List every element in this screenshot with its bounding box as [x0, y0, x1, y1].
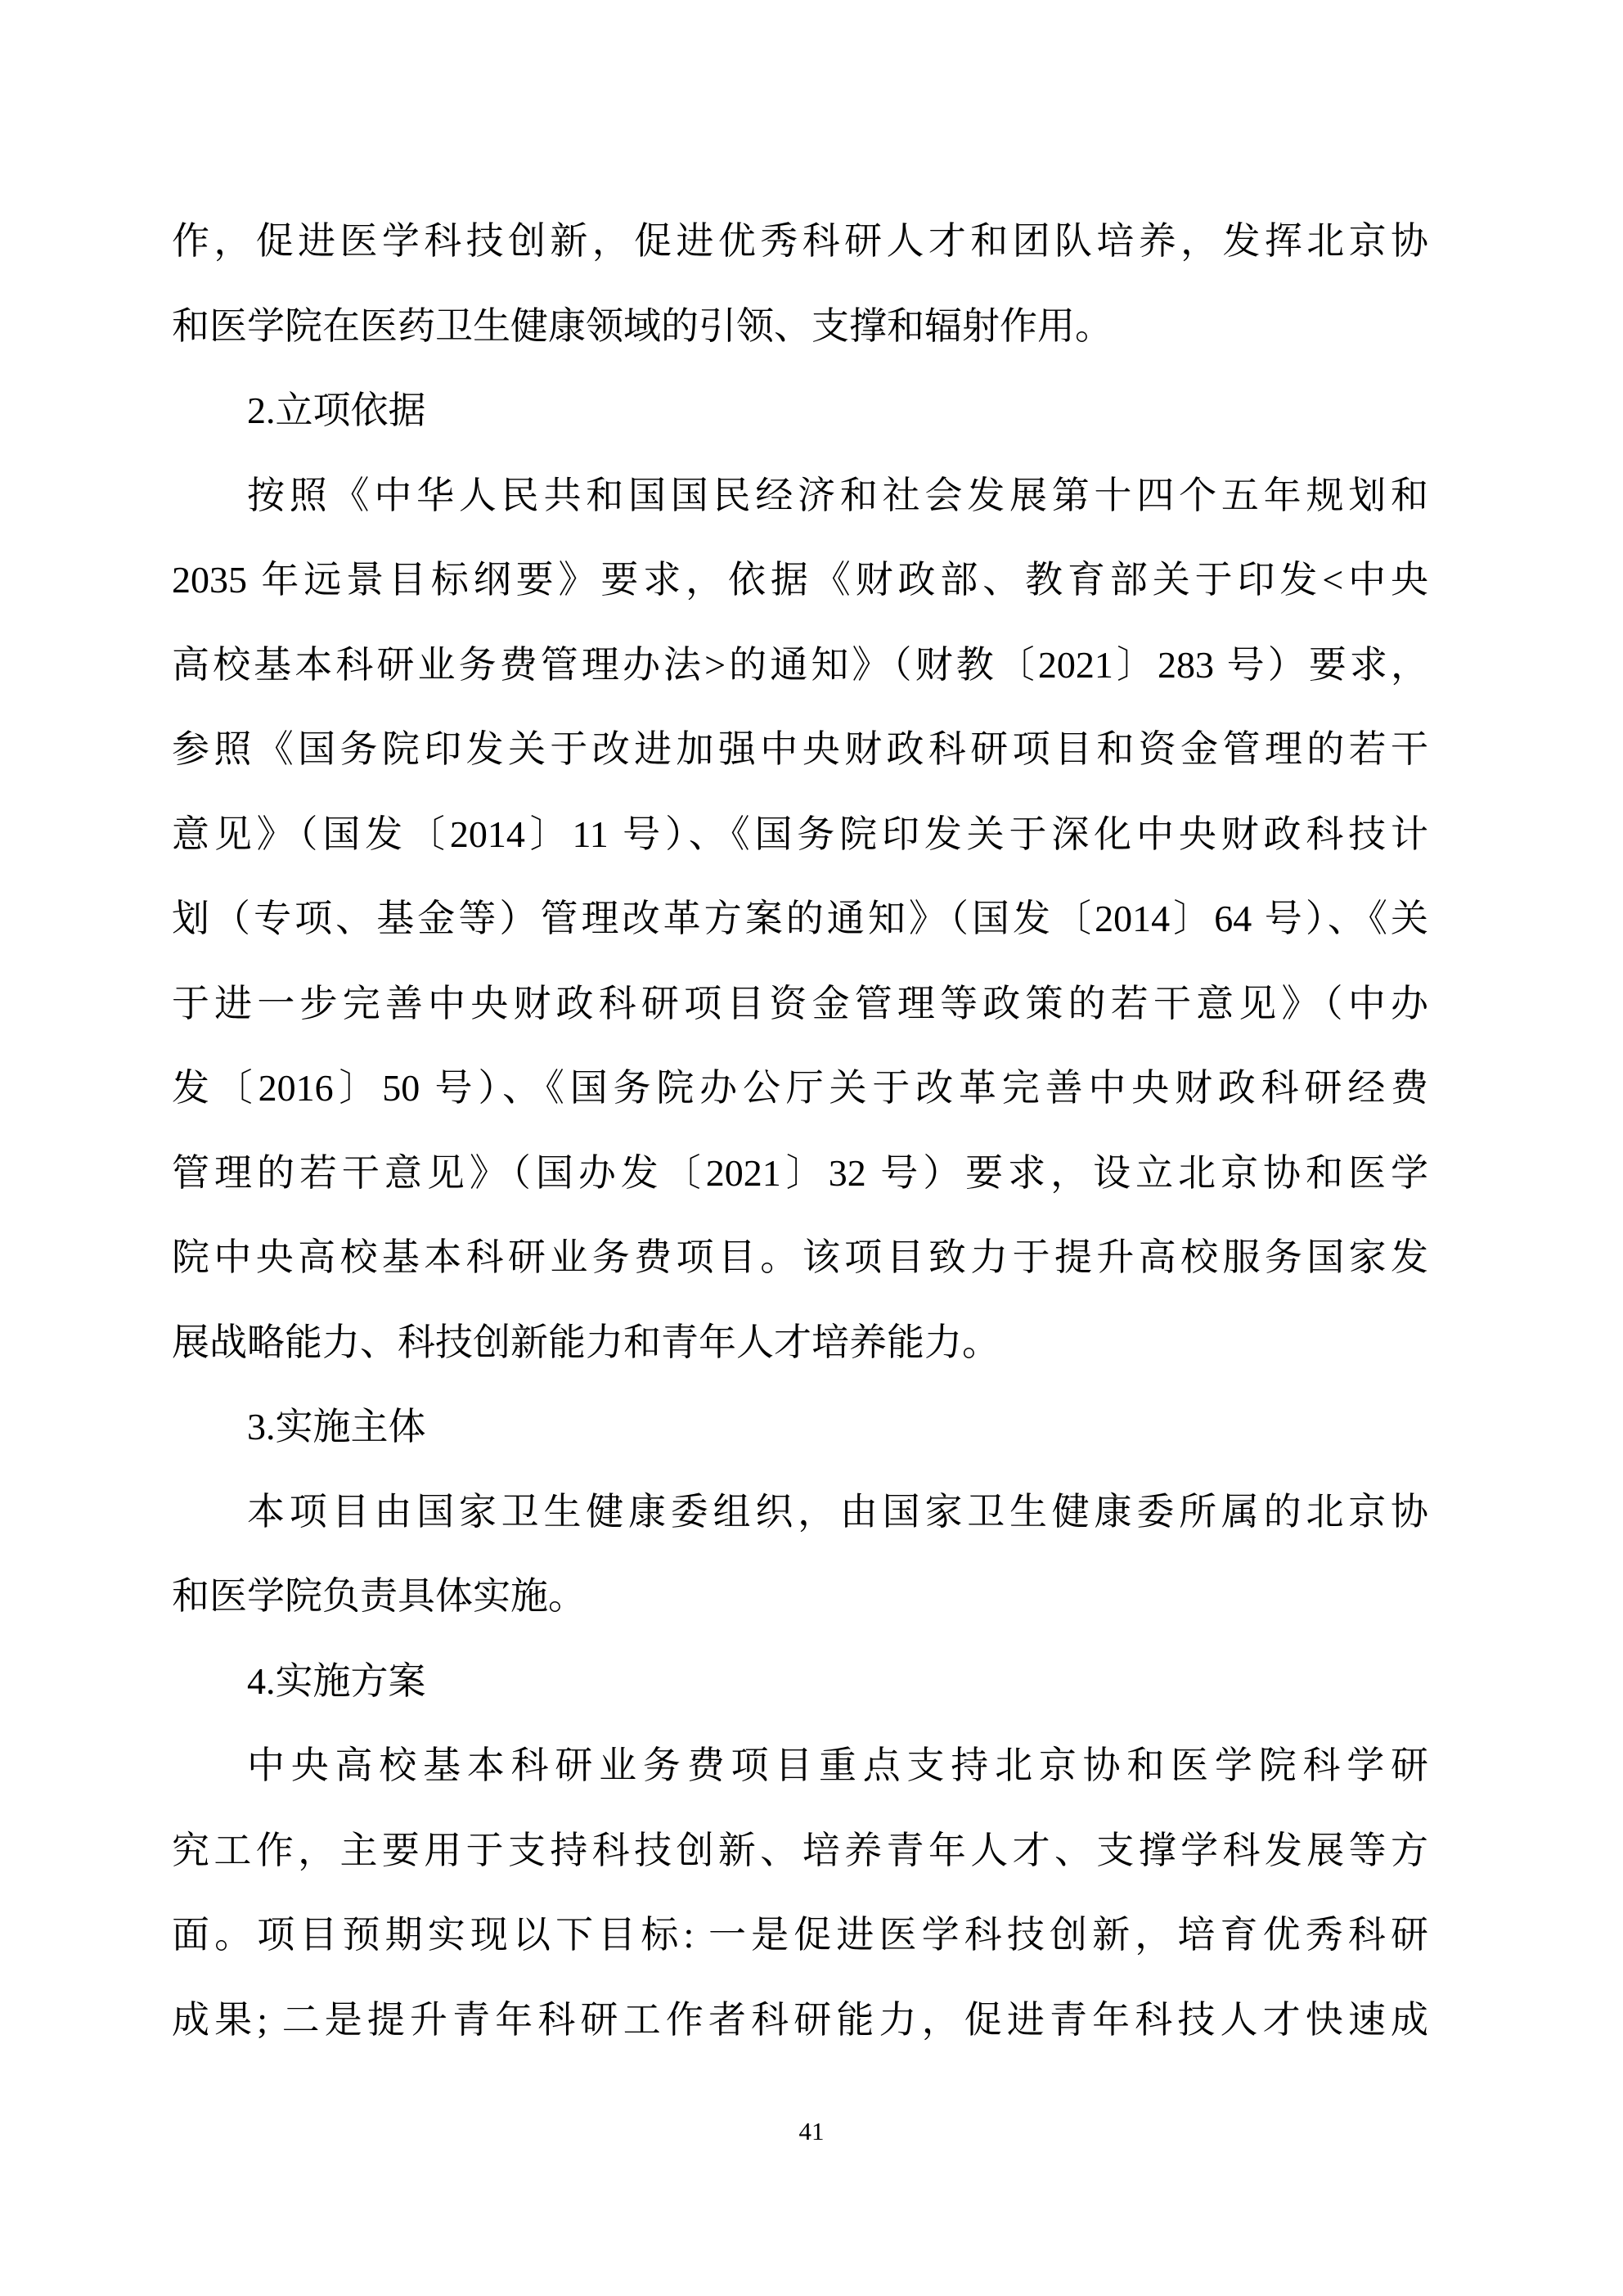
text-line: 中央高校基本科研业务费项目重点支持北京协和医学院科学研 — [172, 1723, 1428, 1808]
text-line: 按照《中华人民共和国国民经济和社会发展第十四个五年规划和 — [172, 453, 1428, 538]
text-line: 和医学院负责具体实施。 — [172, 1554, 1428, 1639]
text-line: 2.立项依据 — [172, 368, 1428, 453]
text-line: 3.实施主体 — [172, 1384, 1428, 1470]
document-page: 作，促进医学科技创新，促进优秀科研人才和团队培养，发挥北京协和医学院在医药卫生健… — [0, 0, 1623, 2296]
text-line: 作，促进医学科技创新，促进优秀科研人才和团队培养，发挥北京协 — [172, 199, 1428, 284]
document-body: 作，促进医学科技创新，促进优秀科研人才和团队培养，发挥北京协和医学院在医药卫生健… — [172, 199, 1428, 2062]
text-line: 于进一步完善中央财政科研项目资金管理等政策的若干意见》（中办 — [172, 961, 1428, 1047]
text-line: 发〔2016〕50 号）、《国务院办公厅关于改革完善中央财政科研经费 — [172, 1046, 1428, 1131]
text-line: 面。项目预期实现以下目标: 一是促进医学科技创新，培育优秀科研 — [172, 1893, 1428, 1978]
text-line: 成果; 二是提升青年科研工作者科研能力，促进青年科技人才快速成 — [172, 1978, 1428, 2063]
text-line: 意见》（国发〔2014〕11 号）、《国务院印发关于深化中央财政科技计 — [172, 792, 1428, 877]
page-number: 41 — [0, 2115, 1623, 2148]
text-line: 本项目由国家卫生健康委组织，由国家卫生健康委所属的北京协 — [172, 1470, 1428, 1555]
text-line: 院中央高校基本科研业务费项目。该项目致力于提升高校服务国家发 — [172, 1215, 1428, 1300]
text-line: 管理的若干意见》（国办发〔2021〕32 号）要求，设立北京协和医学 — [172, 1131, 1428, 1216]
text-line: 高校基本科研业务费管理办法>的通知》（财教〔2021〕283 号）要求， — [172, 623, 1428, 708]
text-line: 究工作，主要用于支持科技创新、培养青年人才、支撑学科发展等方 — [172, 1808, 1428, 1893]
text-line: 划（专项、基金等）管理改革方案的通知》（国发〔2014〕64 号）、《关 — [172, 876, 1428, 961]
text-line: 参照《国务院印发关于改进加强中央财政科研项目和资金管理的若干 — [172, 707, 1428, 792]
text-line: 4.实施方案 — [172, 1639, 1428, 1724]
text-line: 和医学院在医药卫生健康领域的引领、支撑和辐射作用。 — [172, 284, 1428, 369]
text-line: 展战略能力、科技创新能力和青年人才培养能力。 — [172, 1300, 1428, 1385]
text-line: 2035 年远景目标纲要》要求，依据《财政部、教育部关于印发<中央 — [172, 538, 1428, 623]
